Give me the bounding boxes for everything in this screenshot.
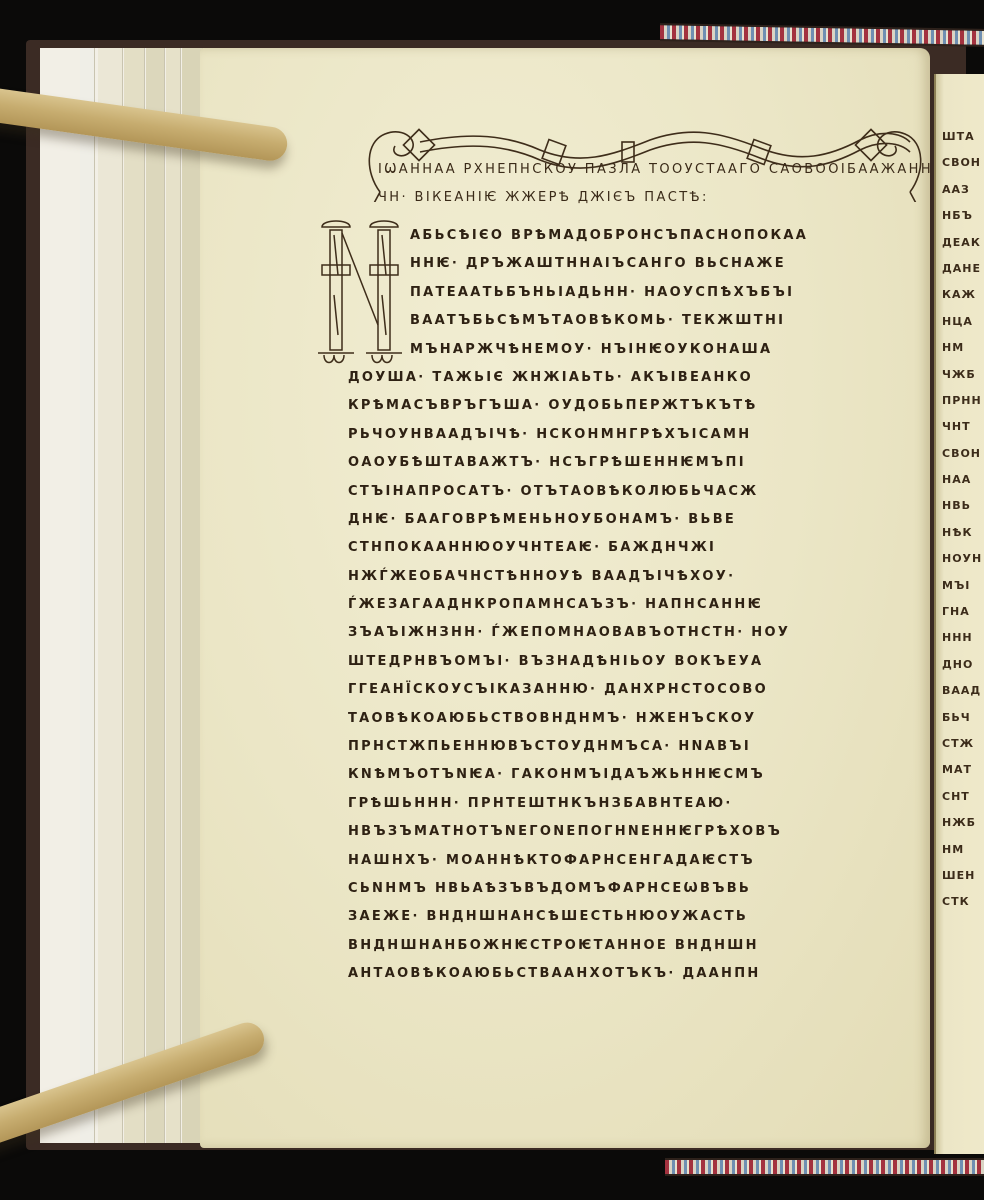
facing-line: МАТ (942, 757, 984, 783)
text-line: КРѢМАСЪВРЪГЪША· ОУДОБЬПЕРЖТЪКЪТѢ (348, 392, 935, 420)
leaf-edge (80, 48, 95, 1143)
facing-line: БЬЧ (942, 705, 984, 731)
text-line: ЃЖЕЗАГААДНКРОПАМНСАЪЗЪ· НАПНСАННѤ (348, 591, 935, 619)
facing-line: СНТ (942, 784, 984, 810)
facing-line: СТК (942, 889, 984, 915)
manuscript-photo: ШТА СВОН ААЗ НБЪ ДЕАК ДАНЕ КАЖ НЦА НМ ЧЖ… (0, 0, 984, 1200)
text-line: РЬЧОУНВААДЪІЧѢ· НСКОНМНГРѢХЪІСАМН (348, 421, 935, 449)
facing-line: МЪІ (942, 573, 984, 599)
facing-line: ВААД (942, 678, 984, 704)
facing-line: СТЖ (942, 731, 984, 757)
manuscript-body-text: АБЬСѢІЄО ВРѢМАДОБРОНСЪПАСНОПОКАА ННѤ· ДР… (410, 222, 935, 989)
facing-line: ДЕАК (942, 230, 984, 256)
text-line: ДОУША· ТАЖЬІЄ ЖНЖІАЬТЬ· АКЪІВЕАНКО (348, 364, 935, 392)
facing-line: НѢК (942, 520, 984, 546)
text-line: ШТЕДРНВЪОМЪІ· ВЪЗНАДѢНІЬОУ ВОКЪЕУА (348, 648, 935, 676)
facing-line: ГНА (942, 599, 984, 625)
leaf-edge (98, 48, 123, 1143)
text-line: ЗЪАЪІЖНЗНН· ЃЖЕПОМНАОВАВЪОТНСТН· НОУ (348, 619, 935, 647)
leaf-edge (146, 48, 165, 1143)
facing-page: ШТА СВОН ААЗ НБЪ ДЕАК ДАНЕ КАЖ НЦА НМ ЧЖ… (934, 74, 984, 1154)
text-line: НВЪЗЪМАТНОТЪNЕГОNЕПОГНNЕННѤГРѢХОВЪ (348, 818, 935, 846)
text-line: ВНДНШНАНБОЖНѤСТРОѤТАННОЕ ВНДНШН (348, 932, 935, 960)
text-line: АБЬСѢІЄО ВРѢМАДОБРОНСЪПАСНОПОКАА (410, 222, 935, 250)
facing-line: СВОН (942, 150, 984, 176)
text-line: НЖЃЖЕОБАЧНСТѢННОУѢ ВААДЪІЧѢХОУ· (348, 563, 935, 591)
text-line: ПАТЕААТЬБЪНЬІАДЬНН· НАОУСПѢХЪБЪІ (410, 279, 935, 307)
facing-page-text: ШТА СВОН ААЗ НБЪ ДЕАК ДАНЕ КАЖ НЦА НМ ЧЖ… (942, 124, 984, 916)
facing-line: ПРНН (942, 388, 984, 414)
text-line: СЬNНМЪ НВЬАѢЗЪВЪДОМЪФАРНСЕѠВЪВЬ (348, 875, 935, 903)
title-line: ІѠАННАА РХНЕПНСКОУ ПАЗЛА ТООУСТААГО САОВ… (378, 156, 928, 184)
text-line: ГГЕАНЇСКОУСЪІКАЗАННЮ· ДАНХРНСТОСОВО (348, 676, 935, 704)
leaf-edge (124, 48, 145, 1143)
text-line: ДНѤ· БААГОВРѢМЕНЬНОУБОНАМЪ· ВЬВЕ (348, 506, 935, 534)
facing-line: ННН (942, 625, 984, 651)
leaf-edge (166, 48, 181, 1143)
facing-line: СВОН (942, 441, 984, 467)
text-line: ПРНСТЖПЬЕННЮВЪСТОУДНМЪСА· НNАВЪІ (348, 733, 935, 761)
facing-line: НМ (942, 837, 984, 863)
title-rubric: ІѠАННАА РХНЕПНСКОУ ПАЗЛА ТООУСТААГО САОВ… (378, 156, 928, 212)
facing-line: НЦА (942, 309, 984, 335)
facing-line: ДАНЕ (942, 256, 984, 282)
decorated-initial-icon (312, 215, 412, 365)
text-line: ОАОУБѢШТАВАЖТЪ· НСЪГРѢШЕННѤМЪПІ (348, 449, 935, 477)
facing-line: НБЪ (942, 203, 984, 229)
facing-line: ДНО (942, 652, 984, 678)
text-line: НАШНХЪ· МОАННѢКТОФАРНСЕНГАДАѤСТЪ (348, 847, 935, 875)
facing-line: ЧЖБ (942, 362, 984, 388)
text-line: КNѢМЪОТЪNѤА· ГАКОНМЪІДАЪЖЬННѤСМЪ (348, 761, 935, 789)
text-line: СТЪІНАПРОСАТЪ· ОТЪТАОВѢКОЛЮБЬЧАСЖ (348, 478, 935, 506)
facing-line: НЖБ (942, 810, 984, 836)
facing-line: НМ (942, 335, 984, 361)
facing-line: ШТА (942, 124, 984, 150)
facing-line: ААЗ (942, 177, 984, 203)
page-block-edge (40, 48, 220, 1143)
facing-line: КАЖ (942, 282, 984, 308)
title-line: ЧН· ВІКЕАНІѤ ЖЖЕРѢ ДЖІЄЪ ПАСТѢ: (378, 184, 928, 212)
text-line: ННѤ· ДРЪЖАШТННАІЪСАНГО ВЬСНАЖЕ (410, 250, 935, 278)
text-line: ТАОВѢКОАЮБЬСТВОВНДНМЪ· НЖЕНЪСКОУ (348, 705, 935, 733)
text-line: ГРѢШЬННН· ПРНТЕШТНКЪНЗБАВНТЕАЮ· (348, 790, 935, 818)
facing-line: ЧНТ (942, 414, 984, 440)
facing-line: ШЕН (942, 863, 984, 889)
facing-line: НАА (942, 467, 984, 493)
text-line: МЪНАРЖЧѢНЕМОУ· НЪІНѤОУКОНАША (410, 336, 935, 364)
headband-bottom (665, 1158, 984, 1176)
text-line: СТНПОКААННЮОУЧНТЕАѤ· БАЖДНЧЖІ (348, 534, 935, 562)
text-line: ЗАЕЖЕ· ВНДНШНАНСѢШЕСТЬНЮОУЖАСТЬ (348, 903, 935, 931)
text-line: АНТАОВѢКОАЮБЬСТВААНХОТЪКЪ· ДААНПН (348, 960, 935, 988)
facing-line: НВЬ (942, 493, 984, 519)
text-line: ВААТЪБЬСѢМЪТАОВѢКОМЬ· ТЕКЖШТНІ (410, 307, 935, 335)
facing-line: НОУН (942, 546, 984, 572)
